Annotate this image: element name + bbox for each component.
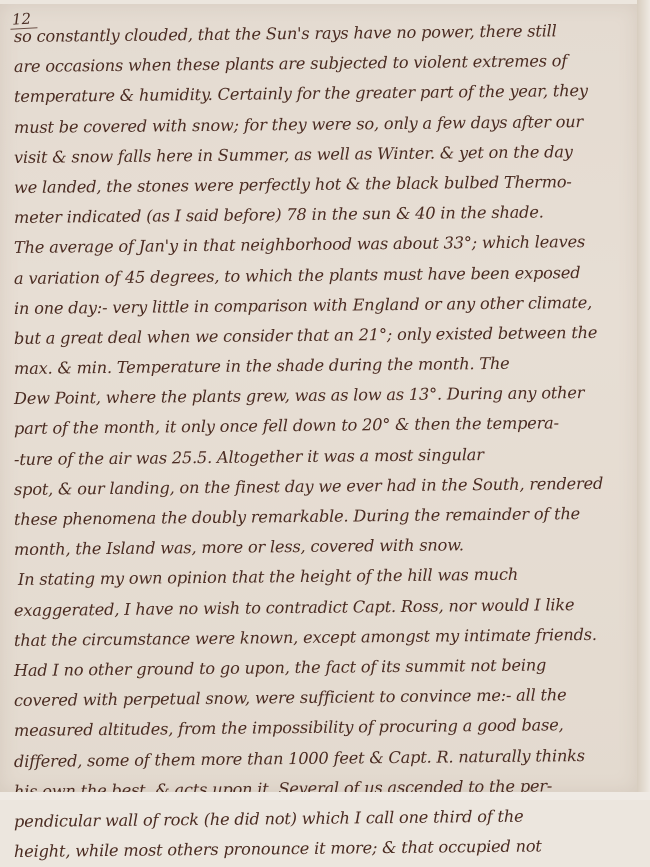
page-right-edge (637, 0, 650, 800)
page-bottom-margin (0, 792, 650, 800)
manuscript-text: so constantly clouded, that the Sun's ra… (14, 22, 634, 800)
manuscript-page: 12 so constantly clouded, that the Sun's… (0, 4, 637, 792)
